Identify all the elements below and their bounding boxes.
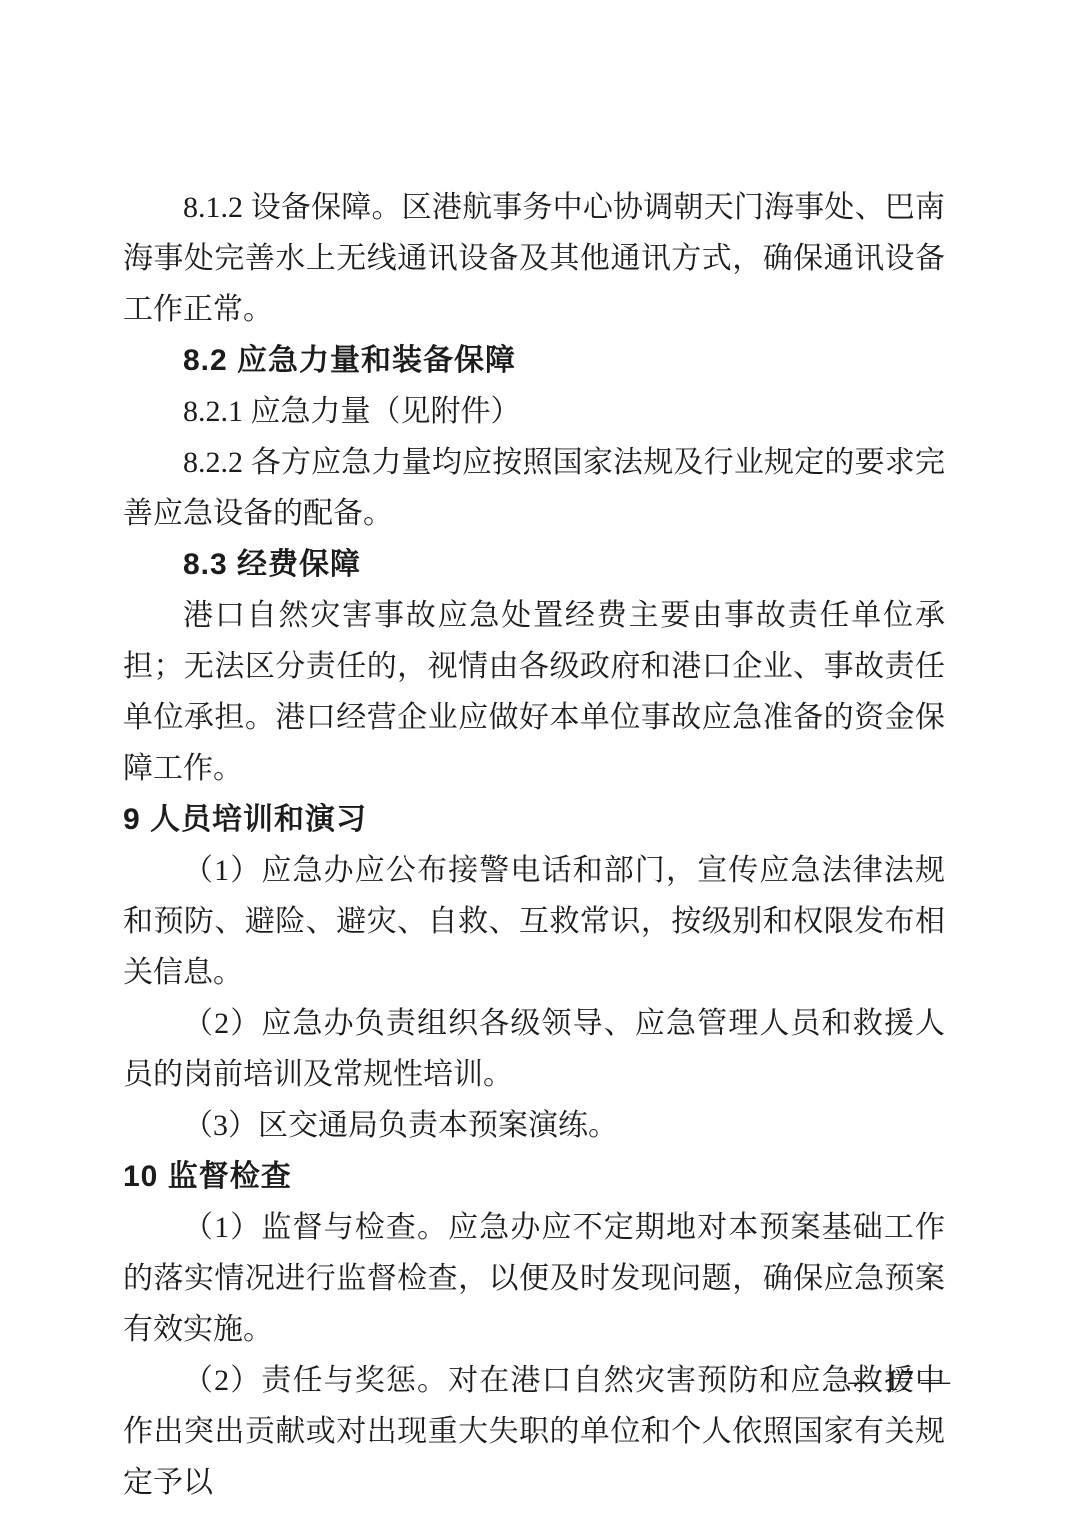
paragraph-10-item-1: （1）监督与检查。应急办应不定期地对本预案基础工作的落实情况进行监督检查，以便及… [123, 1202, 945, 1355]
paragraph-9-item-2: （2）应急办负责组织各级领导、应急管理人员和救援人员的岗前培训及常规性培训。 [123, 998, 945, 1100]
paragraph-10-item-2: （2）责任与奖惩。对在港口自然灾害预防和应急救援中作出突出贡献或对出现重大失职的… [123, 1355, 945, 1508]
heading-10: 10 监督检查 [123, 1151, 945, 1202]
paragraph-8-2-1: 8.2.1 应急力量（见附件） [123, 386, 945, 437]
paragraph-9-item-1: （1）应急办应公布接警电话和部门，宣传应急法律法规和预防、避险、避灾、自救、互救… [123, 845, 945, 998]
paragraph-8-2-2: 8.2.2 各方应急力量均应按照国家法规及行业规定的要求完善应急设备的配备。 [123, 437, 945, 539]
page-number: — 17 — [849, 1362, 951, 1400]
paragraph-8-1-2: 8.1.2 设备保障。区港航事务中心协调朝天门海事处、巴南海事处完善水上无线通讯… [123, 182, 945, 335]
paragraph-8-3-body: 港口自然灾害事故应急处置经费主要由事故责任单位承担；无法区分责任的，视情由各级政… [123, 590, 945, 794]
heading-8-3: 8.3 经费保障 [123, 539, 945, 590]
document-body: 8.1.2 设备保障。区港航事务中心协调朝天门海事处、巴南海事处完善水上无线通讯… [123, 182, 945, 1508]
heading-8-2: 8.2 应急力量和装备保障 [123, 335, 945, 386]
heading-9: 9 人员培训和演习 [123, 794, 945, 845]
paragraph-9-item-3: （3）区交通局负责本预案演练。 [123, 1100, 945, 1151]
document-page: 8.1.2 设备保障。区港航事务中心协调朝天门海事处、巴南海事处完善水上无线通讯… [0, 0, 1074, 1520]
